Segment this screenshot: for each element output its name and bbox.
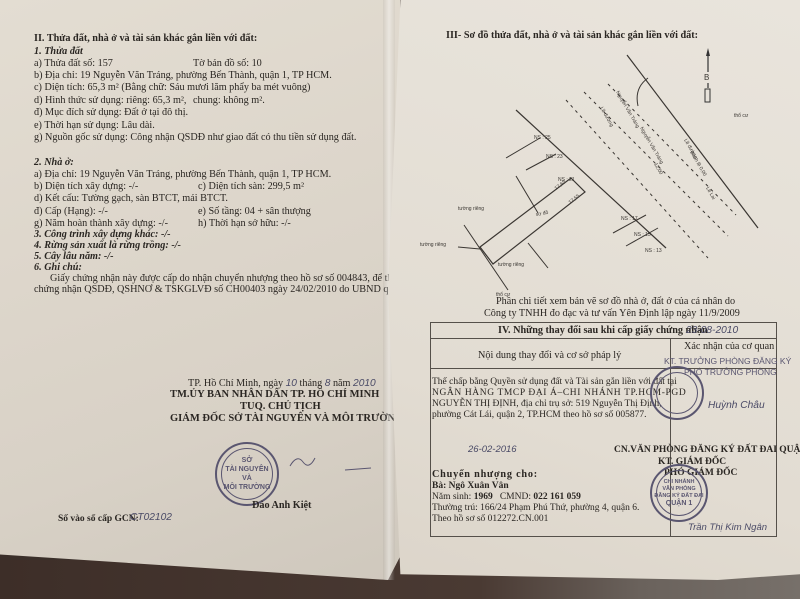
- birth-label: Năm sinh:: [432, 492, 471, 502]
- survey-note-line-2: Công ty TNHH đo đạc và tư vấn Yên Định l…: [484, 308, 740, 320]
- svg-text:B: B: [704, 73, 709, 82]
- id-number: 022 161 059: [533, 492, 581, 502]
- stamp-line: SỞ: [217, 456, 277, 465]
- place-date-prefix: TP. Hồ Chí Minh, ngày: [188, 378, 283, 389]
- ownership-term: h) Thời hạn sở hữu: -/-: [198, 218, 291, 230]
- entry2-signer: Trần Thị Kim Ngân: [688, 522, 767, 534]
- signer-name: Đào Anh Kiệt: [252, 500, 311, 512]
- svg-text:NS : 23: NS : 23: [546, 154, 563, 160]
- usage-form-private: d) Hình thức sử dụng: riêng: 65,3 m²,: [34, 95, 186, 107]
- svg-text:tường riêng: tường riêng: [458, 206, 484, 212]
- land-address: b) Địa chỉ: 19 Nguyễn Văn Tráng, phường …: [34, 70, 332, 82]
- stamp-line: TÀI NGUYÊN: [217, 465, 277, 474]
- svg-text:NS : 17: NS : 17: [621, 216, 638, 222]
- house-address: a) Địa chỉ: 19 Nguyễn Văn Tráng, phường …: [34, 169, 331, 181]
- column-confirm-header: Xác nhận của cơ quan: [684, 341, 774, 353]
- floor-area: c) Diện tích sàn: 299,5 m²: [198, 181, 304, 193]
- svg-text:Lề đường: Lề đường: [598, 106, 614, 128]
- entry1-line: phường Cát Lái, quận 2, TP.HCM theo hồ s…: [432, 409, 647, 421]
- house-heading: 2. Nhà ở:: [34, 157, 74, 169]
- svg-text:NS : 25: NS : 25: [534, 135, 551, 141]
- usage-form-common: chung: không m².: [193, 95, 265, 107]
- entry1-signer: Huỳnh Châu: [708, 400, 765, 412]
- parcel-number: a) Thửa đất số: 157: [34, 58, 113, 70]
- left-page: II. Thửa đất, nhà ở và tài sản khác gắn …: [0, 0, 400, 580]
- birth-year: 1969: [474, 492, 493, 502]
- svg-text:NS : 13: NS : 13: [645, 248, 662, 254]
- notes-line-2: chứng nhận QSDĐ, QSHNƠ & TSKGLVĐ số CH00…: [34, 284, 430, 296]
- id-label: CMND:: [500, 492, 531, 502]
- month-label: tháng: [300, 378, 323, 389]
- stamp-line: QUẬN 1: [652, 500, 706, 507]
- signing-day: 10: [286, 378, 297, 389]
- year-label: năm: [333, 378, 351, 389]
- changes-title-date: 23-08-2010: [686, 325, 738, 337]
- registry-number: CT02102: [130, 512, 172, 524]
- svg-text:Lê Lai: Lê Lai: [704, 186, 716, 201]
- svg-text:Bảnh lề 0,00: Bảnh lề 0,00: [688, 150, 707, 178]
- svg-text:thổ cư: thổ cư: [734, 112, 749, 119]
- stamp-line: MÔI TRƯỜNG: [217, 483, 277, 492]
- signature-mark: [285, 448, 375, 478]
- authority-line-3: GIÁM ĐỐC SỞ TÀI NGUYÊN VÀ MÔI TRƯỜNG: [170, 413, 403, 425]
- survey-note-line-1: Phần chi tiết xem bản vẽ sơ đồ nhà ở, đấ…: [496, 296, 735, 308]
- stamp-line: CHI NHÁNH: [652, 479, 706, 486]
- entry2-confirm-line: CN.VĂN PHÒNG ĐĂNG KÝ ĐẤT ĐAI QUẬN 1: [614, 444, 800, 456]
- svg-text:12,00: 12,00: [652, 162, 664, 176]
- house-grade: đ) Cấp (Hạng): -/-: [34, 206, 108, 218]
- stamp-line: VĂN PHÒNG: [652, 486, 706, 493]
- site-diagram: B NS : 25 NS : 23 NS : 21 NS : 17 NS : 1…: [388, 0, 800, 300]
- svg-text:tường riêng: tường riêng: [498, 262, 524, 268]
- land-area: c) Diện tích: 65,3 m² (Bằng chữ: Sáu mươ…: [34, 82, 310, 94]
- official-stamp-registration-office: [650, 366, 704, 420]
- authority-line-1: TM.ỦY BAN NHÂN DÂN TP. HỒ CHÍ MINH: [170, 389, 379, 401]
- section-title-ii: II. Thửa đất, nhà ở và tài sản khác gắn …: [34, 33, 257, 45]
- entry2-file: Theo hồ sơ số 012272.CN.001: [432, 513, 548, 525]
- svg-text:17,55: 17,55: [568, 193, 582, 205]
- stamp-line: ĐĂNG KÝ ĐẤT ĐAI: [652, 493, 706, 500]
- signing-month: 8: [325, 378, 331, 389]
- official-stamp-land-office-district1: CHI NHÁNH VĂN PHÒNG ĐĂNG KÝ ĐẤT ĐAI QUẬN…: [650, 464, 708, 522]
- column-content-header: Nội dung thay đổi và cơ sở pháp lý: [478, 350, 621, 362]
- construction-area: b) Diện tích xây dựng: -/-: [34, 181, 138, 193]
- land-term: e) Thời hạn sử dụng: Lâu dài.: [34, 120, 155, 132]
- authority-line-2: TUQ. CHỦ TỊCH: [240, 401, 321, 413]
- stamp-line: VÀ: [217, 474, 277, 483]
- land-purpose: đ) Mục đích sử dụng: Đất ở tại đô thị.: [34, 107, 188, 119]
- stamp-text: CHI NHÁNH VĂN PHÒNG ĐĂNG KÝ ĐẤT ĐAI QUẬN…: [652, 479, 706, 507]
- house-floors: e) Số tầng: 04 + sân thượng: [198, 206, 311, 218]
- land-origin: g) Nguồn gốc sử dụng: Công nhận QSDĐ như…: [34, 132, 356, 144]
- land-heading: 1. Thửa đất: [34, 46, 83, 58]
- registry-label: Số vào sổ cấp GCN:: [58, 513, 139, 525]
- svg-text:Nguyễn Văn Tráng: Nguyễn Văn Tráng: [638, 126, 665, 166]
- house-structure: d) Kết cấu: Tường gạch, sàn BTCT, mái BT…: [34, 193, 228, 205]
- svg-text:NS : 15: NS : 15: [634, 232, 651, 238]
- north-arrow-icon: B: [704, 48, 710, 102]
- official-stamp-department: SỞ TÀI NGUYÊN VÀ MÔI TRƯỜNG: [215, 442, 279, 506]
- stamp-text: SỞ TÀI NGUYÊN VÀ MÔI TRƯỜNG: [217, 456, 277, 492]
- svg-text:sơ đồ: sơ đồ: [535, 210, 549, 218]
- changes-title: IV. Những thay đổi sau khi cấp giấy chứn…: [498, 325, 708, 337]
- map-sheet-number: Tờ bản đồ số: 10: [193, 58, 262, 70]
- right-page: III- Sơ đồ thửa đất, nhà ở và tài sản kh…: [388, 0, 800, 580]
- svg-text:tường riêng: tường riêng: [420, 242, 446, 248]
- entry2-date: 26-02-2016: [468, 444, 517, 456]
- signing-year: 2010: [353, 378, 376, 389]
